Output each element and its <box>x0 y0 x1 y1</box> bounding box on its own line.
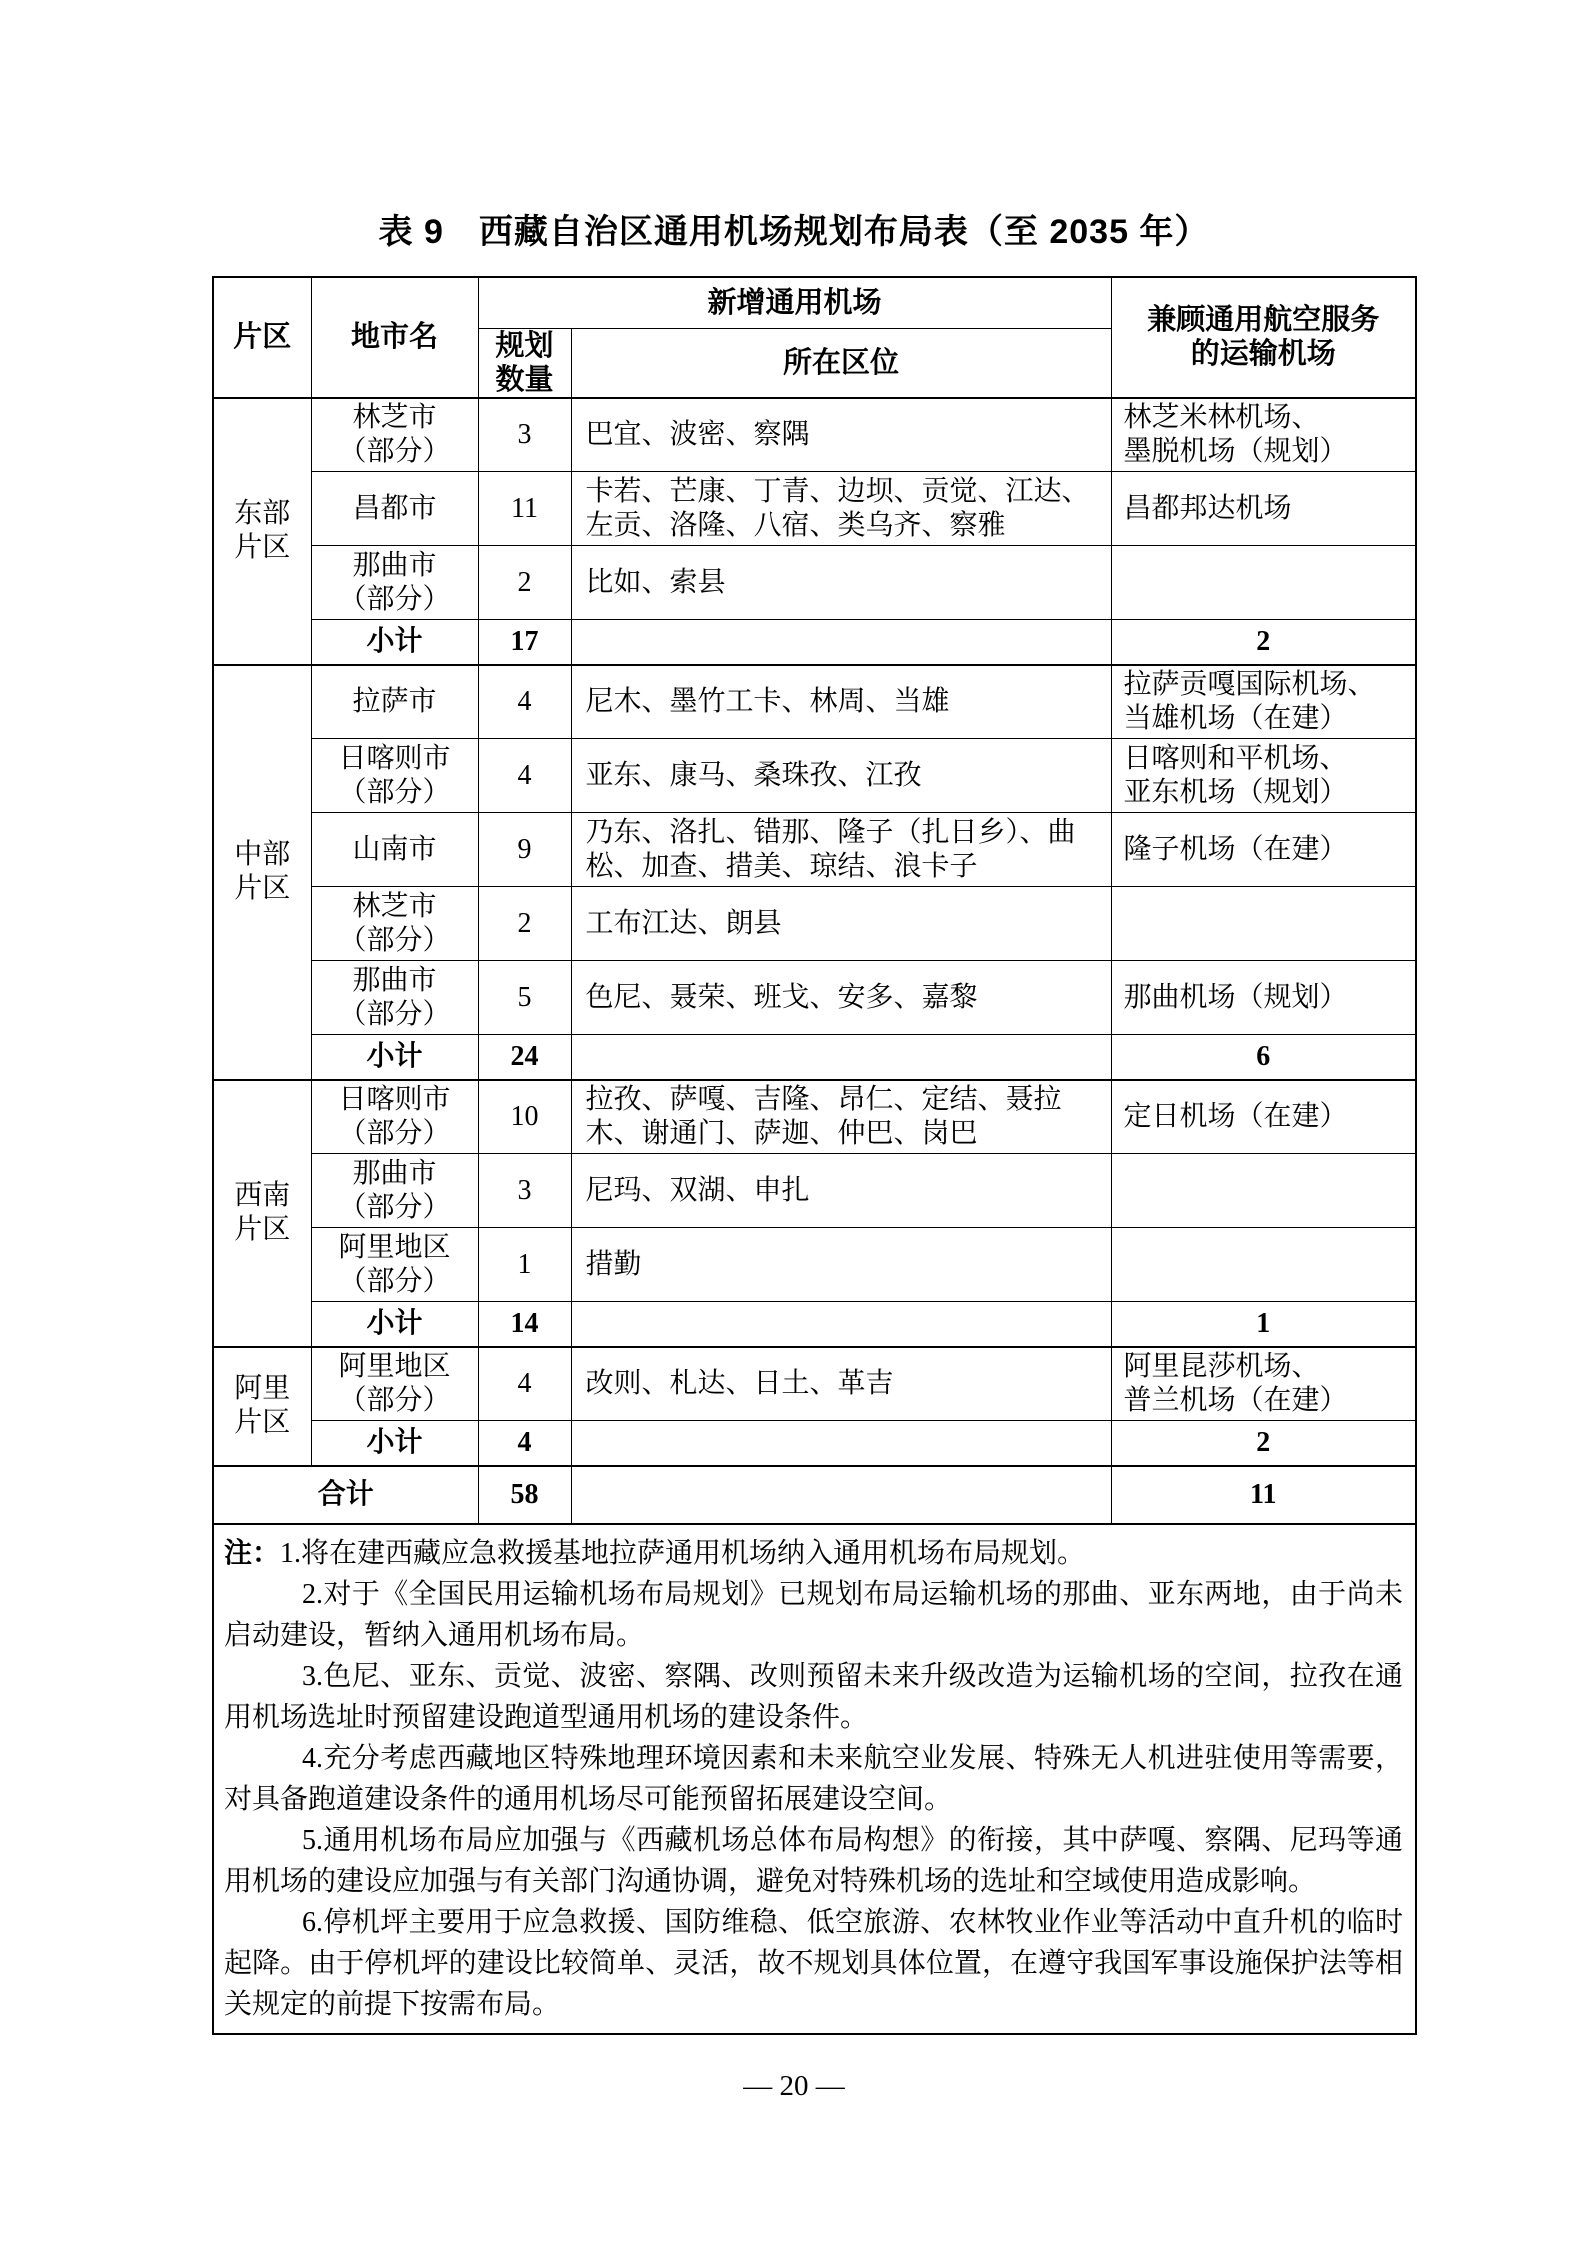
table-row: 东部 片区 林芝市 （部分） 3 巴宜、波密、察隅 林芝米林机场、 墨脱机场（规… <box>213 398 1416 472</box>
location-cell: 措勤 <box>571 1228 1111 1302</box>
airport-planning-table: 片区 地市名 新增通用机场 兼顾通用航空服务 的运输机场 规划 数量 所在区位 … <box>212 276 1417 2035</box>
location-cell-empty <box>571 1302 1111 1347</box>
subtotal-transport-cell: 1 <box>1111 1302 1416 1347</box>
note-item: 4.充分考虑西藏地区特殊地理环境因素和未来航空业发展、特殊无人机进驻使用等需要，… <box>224 1738 1403 1820</box>
count-cell: 11 <box>478 472 571 546</box>
subtotal-row: 小计 17 2 <box>213 620 1416 665</box>
transport-cell <box>1111 1154 1416 1228</box>
city-cell: 阿里地区 （部分） <box>311 1228 478 1302</box>
notes-label: 注： <box>224 1538 280 1569</box>
transport-cell <box>1111 887 1416 961</box>
transport-cell: 日喀则和平机场、 亚东机场（规划） <box>1111 739 1416 813</box>
note-item: 5.通用机场布局应加强与《西藏机场总体布局构想》的衔接，其中萨嘎、察隅、尼玛等通… <box>224 1820 1403 1902</box>
location-cell: 工布江达、朗县 <box>571 887 1111 961</box>
city-cell: 日喀则市 （部分） <box>311 739 478 813</box>
city-cell: 拉萨市 <box>311 665 478 739</box>
transport-cell <box>1111 546 1416 620</box>
count-cell: 2 <box>478 546 571 620</box>
region-cell-southwest: 西南 片区 <box>213 1080 311 1347</box>
total-transport-cell: 11 <box>1111 1466 1416 1524</box>
location-cell: 巴宜、波密、察隅 <box>571 398 1111 472</box>
count-cell: 10 <box>478 1080 571 1154</box>
note-item: 6.停机坪主要用于应急救援、国防维稳、低空旅游、农林牧业作业等活动中直升机的临时… <box>224 1902 1403 2025</box>
table-row: 阿里 片区 阿里地区 （部分） 4 改则、札达、日土、革吉 阿里昆莎机场、 普兰… <box>213 1347 1416 1421</box>
region-cell-central: 中部 片区 <box>213 665 311 1080</box>
table-row: 中部 片区 拉萨市 4 尼木、墨竹工卡、林周、当雄 拉萨贡嘎国际机场、 当雄机场… <box>213 665 1416 739</box>
subtotal-row: 小计 4 2 <box>213 1421 1416 1466</box>
header-region: 片区 <box>213 277 311 398</box>
count-cell: 3 <box>478 398 571 472</box>
location-cell: 改则、札达、日土、革吉 <box>571 1347 1111 1421</box>
count-cell: 4 <box>478 739 571 813</box>
note-item: 2.对于《全国民用运输机场布局规划》已规划布局运输机场的那曲、亚东两地，由于尚未… <box>224 1574 1403 1656</box>
city-cell: 日喀则市 （部分） <box>311 1080 478 1154</box>
location-cell: 比如、索县 <box>571 546 1111 620</box>
location-cell: 卡若、芒康、丁青、边坝、贡觉、江达、左贡、洛隆、八宿、类乌齐、察雅 <box>571 472 1111 546</box>
count-cell: 2 <box>478 887 571 961</box>
note-item: 3.色尼、亚东、贡觉、波密、察隅、改则预留未来升级改造为运输机场的空间，拉孜在通… <box>224 1656 1403 1738</box>
header-location: 所在区位 <box>571 328 1111 398</box>
document-page: 表 9 西藏自治区通用机场规划布局表（至 2035 年） 片区 地市名 新增通用… <box>0 0 1588 2245</box>
notes-cell: 注：1.将在建西藏应急救援基地拉萨通用机场纳入通用机场布局规划。 2.对于《全国… <box>213 1524 1416 2034</box>
city-cell: 那曲市 （部分） <box>311 1154 478 1228</box>
table-row: 那曲市 （部分） 2 比如、索县 <box>213 546 1416 620</box>
table-row: 日喀则市 （部分） 4 亚东、康马、桑珠孜、江孜 日喀则和平机场、 亚东机场（规… <box>213 739 1416 813</box>
count-cell: 3 <box>478 1154 571 1228</box>
subtotal-row: 小计 24 6 <box>213 1035 1416 1080</box>
transport-cell: 隆子机场（在建） <box>1111 813 1416 887</box>
location-cell: 尼玛、双湖、申扎 <box>571 1154 1111 1228</box>
city-cell: 林芝市 （部分） <box>311 887 478 961</box>
header-new-airports-group: 新增通用机场 <box>478 277 1111 328</box>
city-cell: 阿里地区 （部分） <box>311 1347 478 1421</box>
table-row: 那曲市 （部分） 5 色尼、聂荣、班戈、安多、嘉黎 那曲机场（规划） <box>213 961 1416 1035</box>
count-cell: 1 <box>478 1228 571 1302</box>
notes-row: 注：1.将在建西藏应急救援基地拉萨通用机场纳入通用机场布局规划。 2.对于《全国… <box>213 1524 1416 2034</box>
total-count-cell: 58 <box>478 1466 571 1524</box>
location-cell-empty <box>571 1421 1111 1466</box>
header-transport-airports: 兼顾通用航空服务 的运输机场 <box>1111 277 1416 398</box>
location-cell-empty <box>571 1466 1111 1524</box>
subtotal-label-cell: 小计 <box>311 1035 478 1080</box>
subtotal-count-cell: 17 <box>478 620 571 665</box>
table-row: 昌都市 11 卡若、芒康、丁青、边坝、贡觉、江达、左贡、洛隆、八宿、类乌齐、察雅… <box>213 472 1416 546</box>
subtotal-transport-cell: 6 <box>1111 1035 1416 1080</box>
subtotal-count-cell: 24 <box>478 1035 571 1080</box>
transport-cell: 那曲机场（规划） <box>1111 961 1416 1035</box>
table-row: 西南 片区 日喀则市 （部分） 10 拉孜、萨嘎、吉隆、昂仁、定结、聂拉木、谢通… <box>213 1080 1416 1154</box>
header-row-1: 片区 地市名 新增通用机场 兼顾通用航空服务 的运输机场 <box>213 277 1416 328</box>
transport-cell: 昌都邦达机场 <box>1111 472 1416 546</box>
city-cell: 山南市 <box>311 813 478 887</box>
location-cell: 拉孜、萨嘎、吉隆、昂仁、定结、聂拉木、谢通门、萨迦、仲巴、岗巴 <box>571 1080 1111 1154</box>
city-cell: 那曲市 （部分） <box>311 961 478 1035</box>
region-cell-ali: 阿里 片区 <box>213 1347 311 1466</box>
subtotal-count-cell: 14 <box>478 1302 571 1347</box>
region-cell-east: 东部 片区 <box>213 398 311 665</box>
location-cell-empty <box>571 620 1111 665</box>
city-cell: 那曲市 （部分） <box>311 546 478 620</box>
table-row: 阿里地区 （部分） 1 措勤 <box>213 1228 1416 1302</box>
total-row: 合计 58 11 <box>213 1466 1416 1524</box>
header-city: 地市名 <box>311 277 478 398</box>
count-cell: 9 <box>478 813 571 887</box>
note-text: 1.将在建西藏应急救援基地拉萨通用机场纳入通用机场布局规划。 <box>280 1538 1085 1569</box>
city-cell: 昌都市 <box>311 472 478 546</box>
table-row: 林芝市 （部分） 2 工布江达、朗县 <box>213 887 1416 961</box>
location-cell: 乃东、洛扎、错那、隆子（扎日乡）、曲松、加查、措美、琼结、浪卡子 <box>571 813 1111 887</box>
subtotal-label-cell: 小计 <box>311 1421 478 1466</box>
city-cell: 林芝市 （部分） <box>311 398 478 472</box>
count-cell: 5 <box>478 961 571 1035</box>
location-cell: 尼木、墨竹工卡、林周、当雄 <box>571 665 1111 739</box>
total-label-cell: 合计 <box>213 1466 478 1524</box>
note-item: 注：1.将在建西藏应急救援基地拉萨通用机场纳入通用机场布局规划。 <box>224 1533 1403 1574</box>
count-cell: 4 <box>478 665 571 739</box>
transport-cell: 林芝米林机场、 墨脱机场（规划） <box>1111 398 1416 472</box>
transport-cell <box>1111 1228 1416 1302</box>
subtotal-transport-cell: 2 <box>1111 1421 1416 1466</box>
subtotal-row: 小计 14 1 <box>213 1302 1416 1347</box>
subtotal-label-cell: 小计 <box>311 620 478 665</box>
header-planned-count: 规划 数量 <box>478 328 571 398</box>
page-title: 表 9 西藏自治区通用机场规划布局表（至 2035 年） <box>0 204 1588 253</box>
subtotal-transport-cell: 2 <box>1111 620 1416 665</box>
subtotal-label-cell: 小计 <box>311 1302 478 1347</box>
table-row: 山南市 9 乃东、洛扎、错那、隆子（扎日乡）、曲松、加查、措美、琼结、浪卡子 隆… <box>213 813 1416 887</box>
subtotal-count-cell: 4 <box>478 1421 571 1466</box>
location-cell: 亚东、康马、桑珠孜、江孜 <box>571 739 1111 813</box>
location-cell: 色尼、聂荣、班戈、安多、嘉黎 <box>571 961 1111 1035</box>
transport-cell: 定日机场（在建） <box>1111 1080 1416 1154</box>
count-cell: 4 <box>478 1347 571 1421</box>
location-cell-empty <box>571 1035 1111 1080</box>
page-number: — 20 — <box>0 2070 1588 2103</box>
transport-cell: 阿里昆莎机场、 普兰机场（在建） <box>1111 1347 1416 1421</box>
table-row: 那曲市 （部分） 3 尼玛、双湖、申扎 <box>213 1154 1416 1228</box>
transport-cell: 拉萨贡嘎国际机场、 当雄机场（在建） <box>1111 665 1416 739</box>
